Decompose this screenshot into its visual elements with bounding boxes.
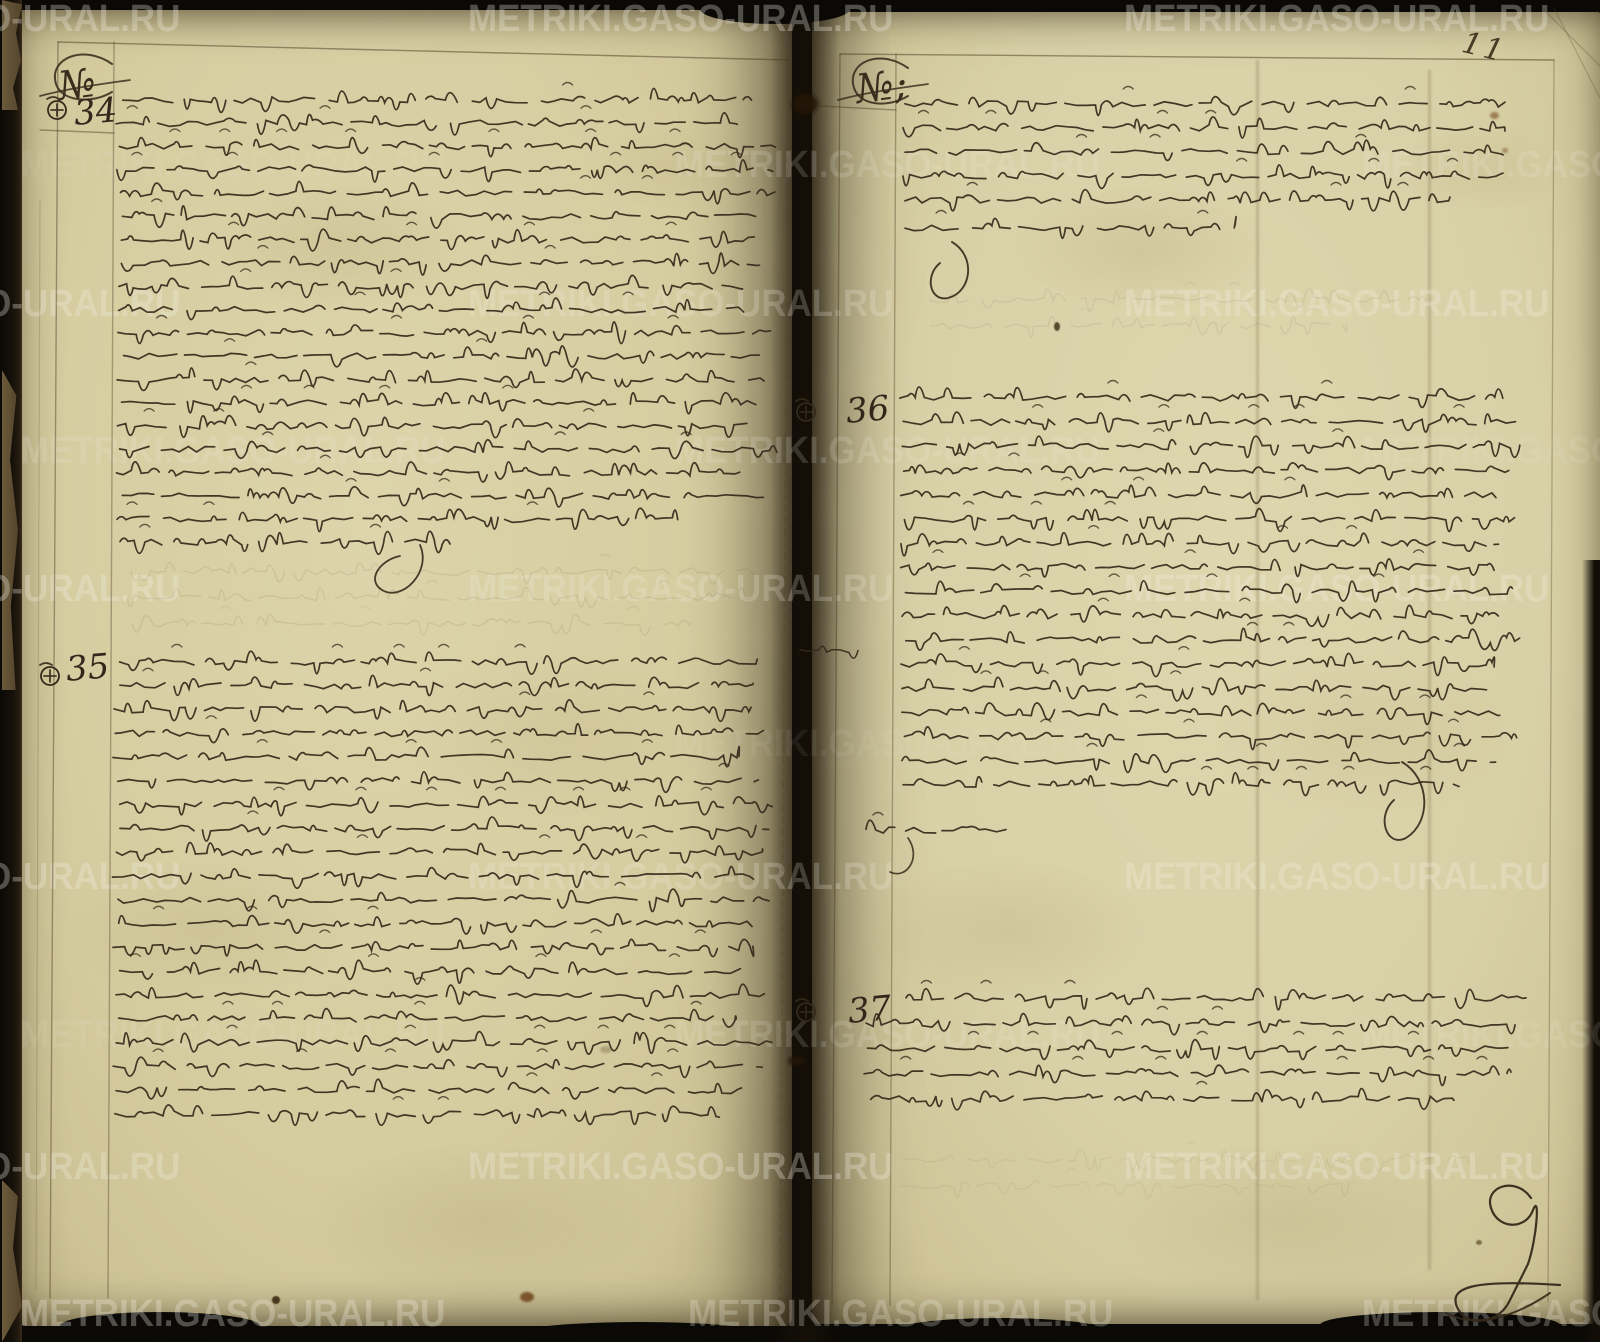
page-edge — [330, 0, 650, 10]
entry-number-35: 35 — [64, 646, 111, 690]
paper-crease — [1428, 70, 1431, 1270]
page-edge — [520, 1322, 760, 1342]
book-gutter-shadow — [770, 0, 840, 1342]
paper-stain — [788, 1056, 806, 1066]
manuscript-scan: METRIKI.GASO-URAL.RUMETRIKI.GASO-URAL.RU… — [0, 0, 1600, 1342]
page-edge — [1320, 1312, 1560, 1338]
paper-stain — [600, 1046, 612, 1053]
right-page — [812, 12, 1600, 1324]
paper-stain — [520, 1292, 534, 1302]
entry-number-36: 36 — [844, 388, 891, 432]
paper-crease — [1256, 60, 1259, 1300]
page-edge — [60, 1312, 260, 1340]
paper-stain — [1054, 322, 1060, 331]
paper-stain — [1476, 1240, 1482, 1245]
paper-stain — [792, 94, 818, 114]
entry-number-34: 34 — [72, 90, 119, 134]
page-edge — [900, 1318, 1100, 1340]
paper-stain — [272, 1296, 280, 1304]
left-page-texture — [12, 10, 792, 1326]
paper-stain — [1490, 112, 1499, 119]
entry-number-37: 37 — [846, 988, 893, 1032]
left-page — [12, 10, 792, 1326]
right-page-no-header: №; — [853, 61, 910, 113]
right-page-texture — [812, 12, 1600, 1324]
paper-stain — [1502, 148, 1508, 153]
page-stack-edge — [1582, 560, 1600, 1342]
